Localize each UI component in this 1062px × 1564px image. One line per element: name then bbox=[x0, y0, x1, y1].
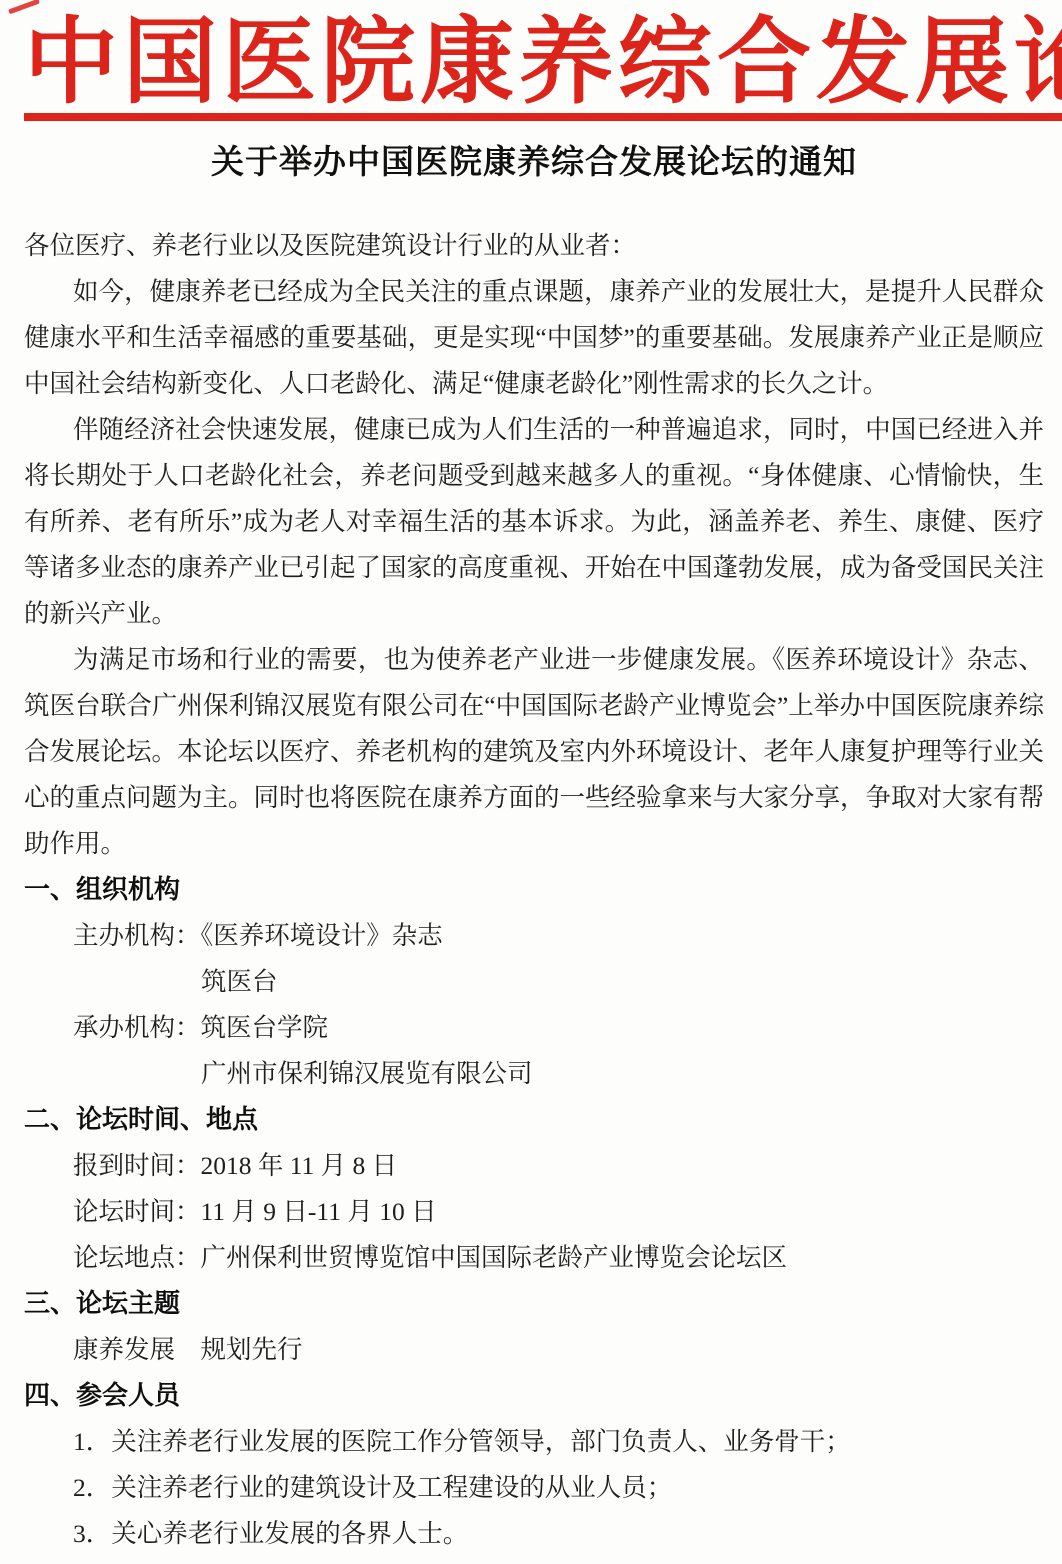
host-organizer-line: 主办机构：《医养环境设计》杂志 bbox=[24, 913, 1044, 959]
section-heading-time-venue: 二、论坛时间、地点 bbox=[24, 1097, 1044, 1143]
body-paragraph-1: 如今，健康养老已经成为全民关注的重点课题，康养产业的发展壮大，是提升人民群众健康… bbox=[24, 269, 1044, 407]
registration-time-line: 报到时间：2018 年 11 月 8 日 bbox=[24, 1143, 1044, 1189]
section-heading-attendees: 四、参会人员 bbox=[24, 1373, 1044, 1419]
salutation-line: 各位医疗、养老行业以及医院建筑设计行业的从业者： bbox=[24, 223, 1044, 269]
section-heading-organization: 一、组织机构 bbox=[24, 867, 1044, 913]
co-organizer-line-2: 广州市保利锦汉展览有限公司 bbox=[24, 1051, 1044, 1097]
notice-body: 各位医疗、养老行业以及医院建筑设计行业的从业者： 如今，健康养老已经成为全民关注… bbox=[24, 223, 1044, 1557]
notice-subtitle: 关于举办中国医院康养综合发展论坛的通知 bbox=[24, 143, 1044, 183]
forum-theme-line: 康养发展 规划先行 bbox=[24, 1327, 1044, 1373]
section-heading-theme: 三、论坛主题 bbox=[24, 1281, 1044, 1327]
forum-venue-line: 论坛地点：广州保利世贸博览馆中国国际老龄产业博览会论坛区 bbox=[24, 1235, 1044, 1281]
title-banner: 中国医院康养综合发展论坛 bbox=[24, 0, 1044, 121]
attendee-item-2: 2．关注养老行业的建筑设计及工程建设的从业人员； bbox=[24, 1465, 1044, 1511]
forum-time-line: 论坛时间：11 月 9 日-11 月 10 日 bbox=[24, 1189, 1044, 1235]
attendee-item-1: 1．关注养老行业发展的医院工作分管领导，部门负责人、业务骨干； bbox=[24, 1419, 1044, 1465]
notice-document: 中国医院康养综合发展论坛 关于举办中国医院康养综合发展论坛的通知 各位医疗、养老… bbox=[0, 0, 1062, 1564]
co-organizer-line: 承办机构：筑医台学院 bbox=[24, 1005, 1044, 1051]
host-organizer-line-2: 筑医台 bbox=[24, 959, 1044, 1005]
attendee-item-3: 3．关心养老行业发展的各界人士。 bbox=[24, 1511, 1044, 1557]
body-paragraph-2: 伴随经济社会快速发展，健康已成为人们生活的一种普遍追求，同时，中国已经进入并将长… bbox=[24, 407, 1044, 637]
page-title: 中国医院康养综合发展论坛 bbox=[24, 16, 1062, 121]
body-paragraph-3: 为满足市场和行业的需要，也为使养老产业进一步健康发展。《医养环境设计》杂志、筑医… bbox=[24, 637, 1044, 867]
